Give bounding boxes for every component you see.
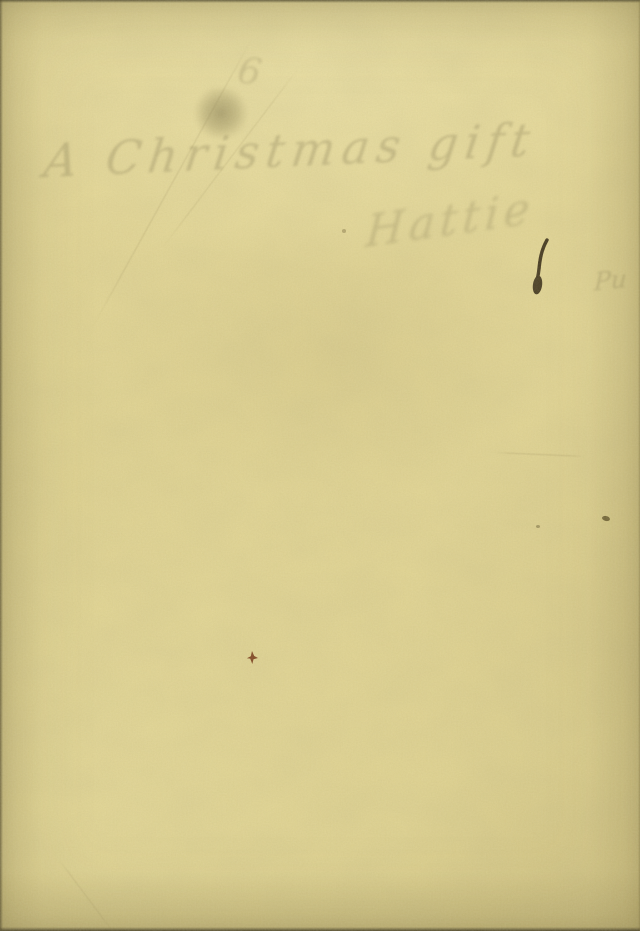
aged-book-page: A Christmas gift Hattie 6 Pu — [0, 0, 640, 931]
scan-edge-bottom — [0, 927, 640, 931]
scan-edge-left — [0, 0, 3, 931]
paper-crease-line — [58, 858, 113, 931]
paper-crease-line — [92, 38, 253, 328]
dark-speck — [536, 525, 540, 528]
scan-edge-top — [0, 0, 640, 3]
red-fleck-shape — [247, 651, 258, 664]
red-fleck-mark — [246, 650, 259, 665]
ink-blot-tail — [538, 240, 548, 278]
paper-crease-line — [494, 452, 586, 457]
edge-shading — [0, 0, 640, 931]
paper-crease-line — [162, 69, 299, 249]
dark-speck — [342, 229, 346, 233]
ink-blot-mark — [527, 238, 551, 296]
smudge-stain — [194, 88, 248, 138]
handwritten-edge-initials: Pu — [594, 264, 628, 297]
dark-speck — [602, 515, 611, 522]
handwritten-inscription-line1: A Christmas gift — [41, 113, 540, 189]
handwritten-inscription-line2: Hattie — [364, 182, 536, 258]
handwritten-corner-numeral: 6 — [235, 50, 265, 94]
vignette — [0, 0, 640, 931]
paper-grain-texture — [0, 0, 640, 931]
ink-blot-body — [532, 275, 544, 295]
